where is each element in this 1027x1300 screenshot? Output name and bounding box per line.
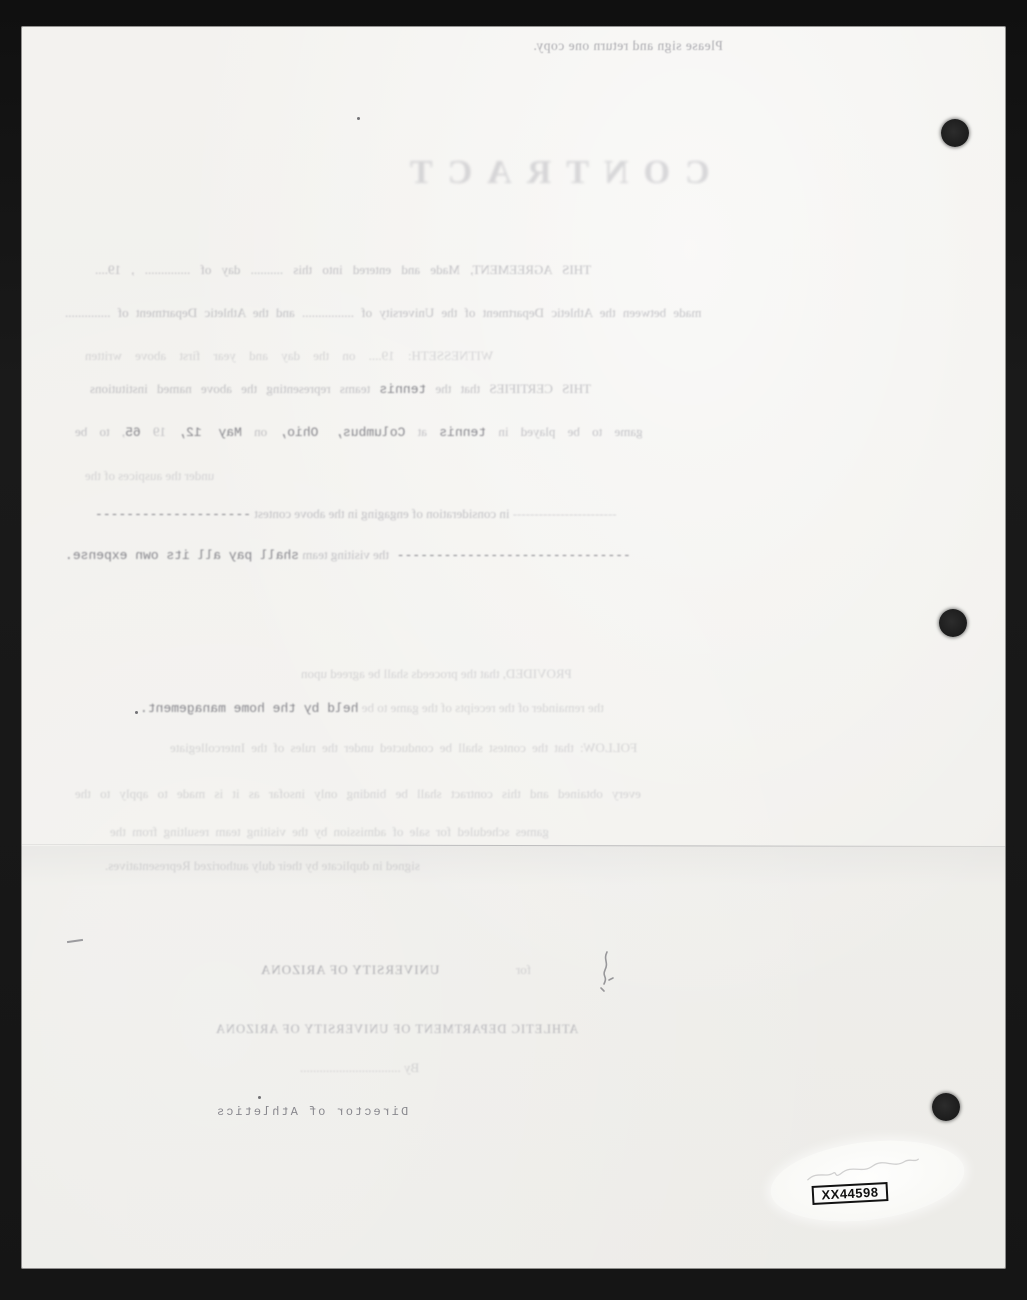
expense-mid: the visiting team (299, 547, 389, 562)
ink-speck (357, 117, 360, 120)
date-entry: May 12, (178, 425, 242, 440)
game-line: game to be played in tennis at Columbus,… (75, 424, 643, 440)
serial-number: XX44598 (821, 1185, 879, 1203)
witnesseth-line: WITNESSETH: 19.... on the day and year f… (85, 348, 493, 364)
certifies-post: teams representing the above named insti… (90, 381, 379, 396)
consideration-text: in consideration of engaging in the abov… (251, 506, 509, 521)
scanner-background: Please sign and return one copy. CONTRAC… (0, 0, 1027, 1300)
expense-typed: shall pay all its own expense. (65, 548, 299, 563)
dash-run-b: -------------------- (95, 507, 251, 522)
ink-speck (258, 1096, 261, 1099)
game-post: , to be (75, 424, 125, 439)
management-typed: held by the home management. (140, 701, 358, 716)
rules-line: FOLLOW: that the contest shall be conduc… (170, 740, 637, 756)
year-entry: 65 (125, 425, 141, 440)
pencil-check-mark (593, 950, 619, 994)
game-mid2: on (242, 424, 280, 439)
dash-run-a: ------------------------ (510, 506, 617, 521)
certifies-line: THIS CERTIFIES that the tennis teams rep… (90, 381, 591, 397)
punch-hole-top (941, 119, 969, 147)
punch-hole-middle (939, 609, 967, 637)
binding-line: every obtained and this contract shall b… (75, 786, 641, 802)
game-mid1: at (405, 424, 439, 439)
sport-entry-2: tennis (439, 425, 486, 440)
contract-page-back: Please sign and return one copy. CONTRAC… (21, 26, 1006, 1269)
game-pre: game to be played in (486, 424, 643, 439)
auspices-line: under the auspices of the (85, 468, 214, 484)
contract-title: CONTRACT (395, 154, 710, 192)
receipts-line: the remainder of the receipts of the gam… (140, 700, 604, 716)
location-entry: Columbus, Ohio, (279, 425, 405, 440)
receipts-pre: the remainder of the receipts of the gam… (358, 700, 603, 715)
dash-run-c: ------------------------------ (389, 548, 631, 563)
admission-line: games scheduled for sale of admission by… (110, 824, 549, 840)
provided-line: PROVIDED, that the proceeds shall be agr… (301, 666, 572, 682)
ink-speck (135, 711, 138, 714)
agreement-line: THIS AGREEMENT, Made and entered into th… (95, 262, 591, 278)
parties-line: made between the Athletic Department of … (65, 305, 702, 321)
expense-line: ------------------------------ the visit… (65, 547, 631, 563)
sport-entry: tennis (379, 382, 426, 397)
authentication-serial-label: XX44598 (812, 1182, 889, 1205)
punch-hole-bottom (932, 1093, 960, 1121)
sign-return-note: Please sign and return one copy. (533, 38, 723, 54)
game-mid3: 19 (141, 424, 179, 439)
consideration-line: ------------------------ in consideratio… (95, 506, 617, 522)
certifies-pre: THIS CERTIFIES that the (426, 381, 591, 396)
